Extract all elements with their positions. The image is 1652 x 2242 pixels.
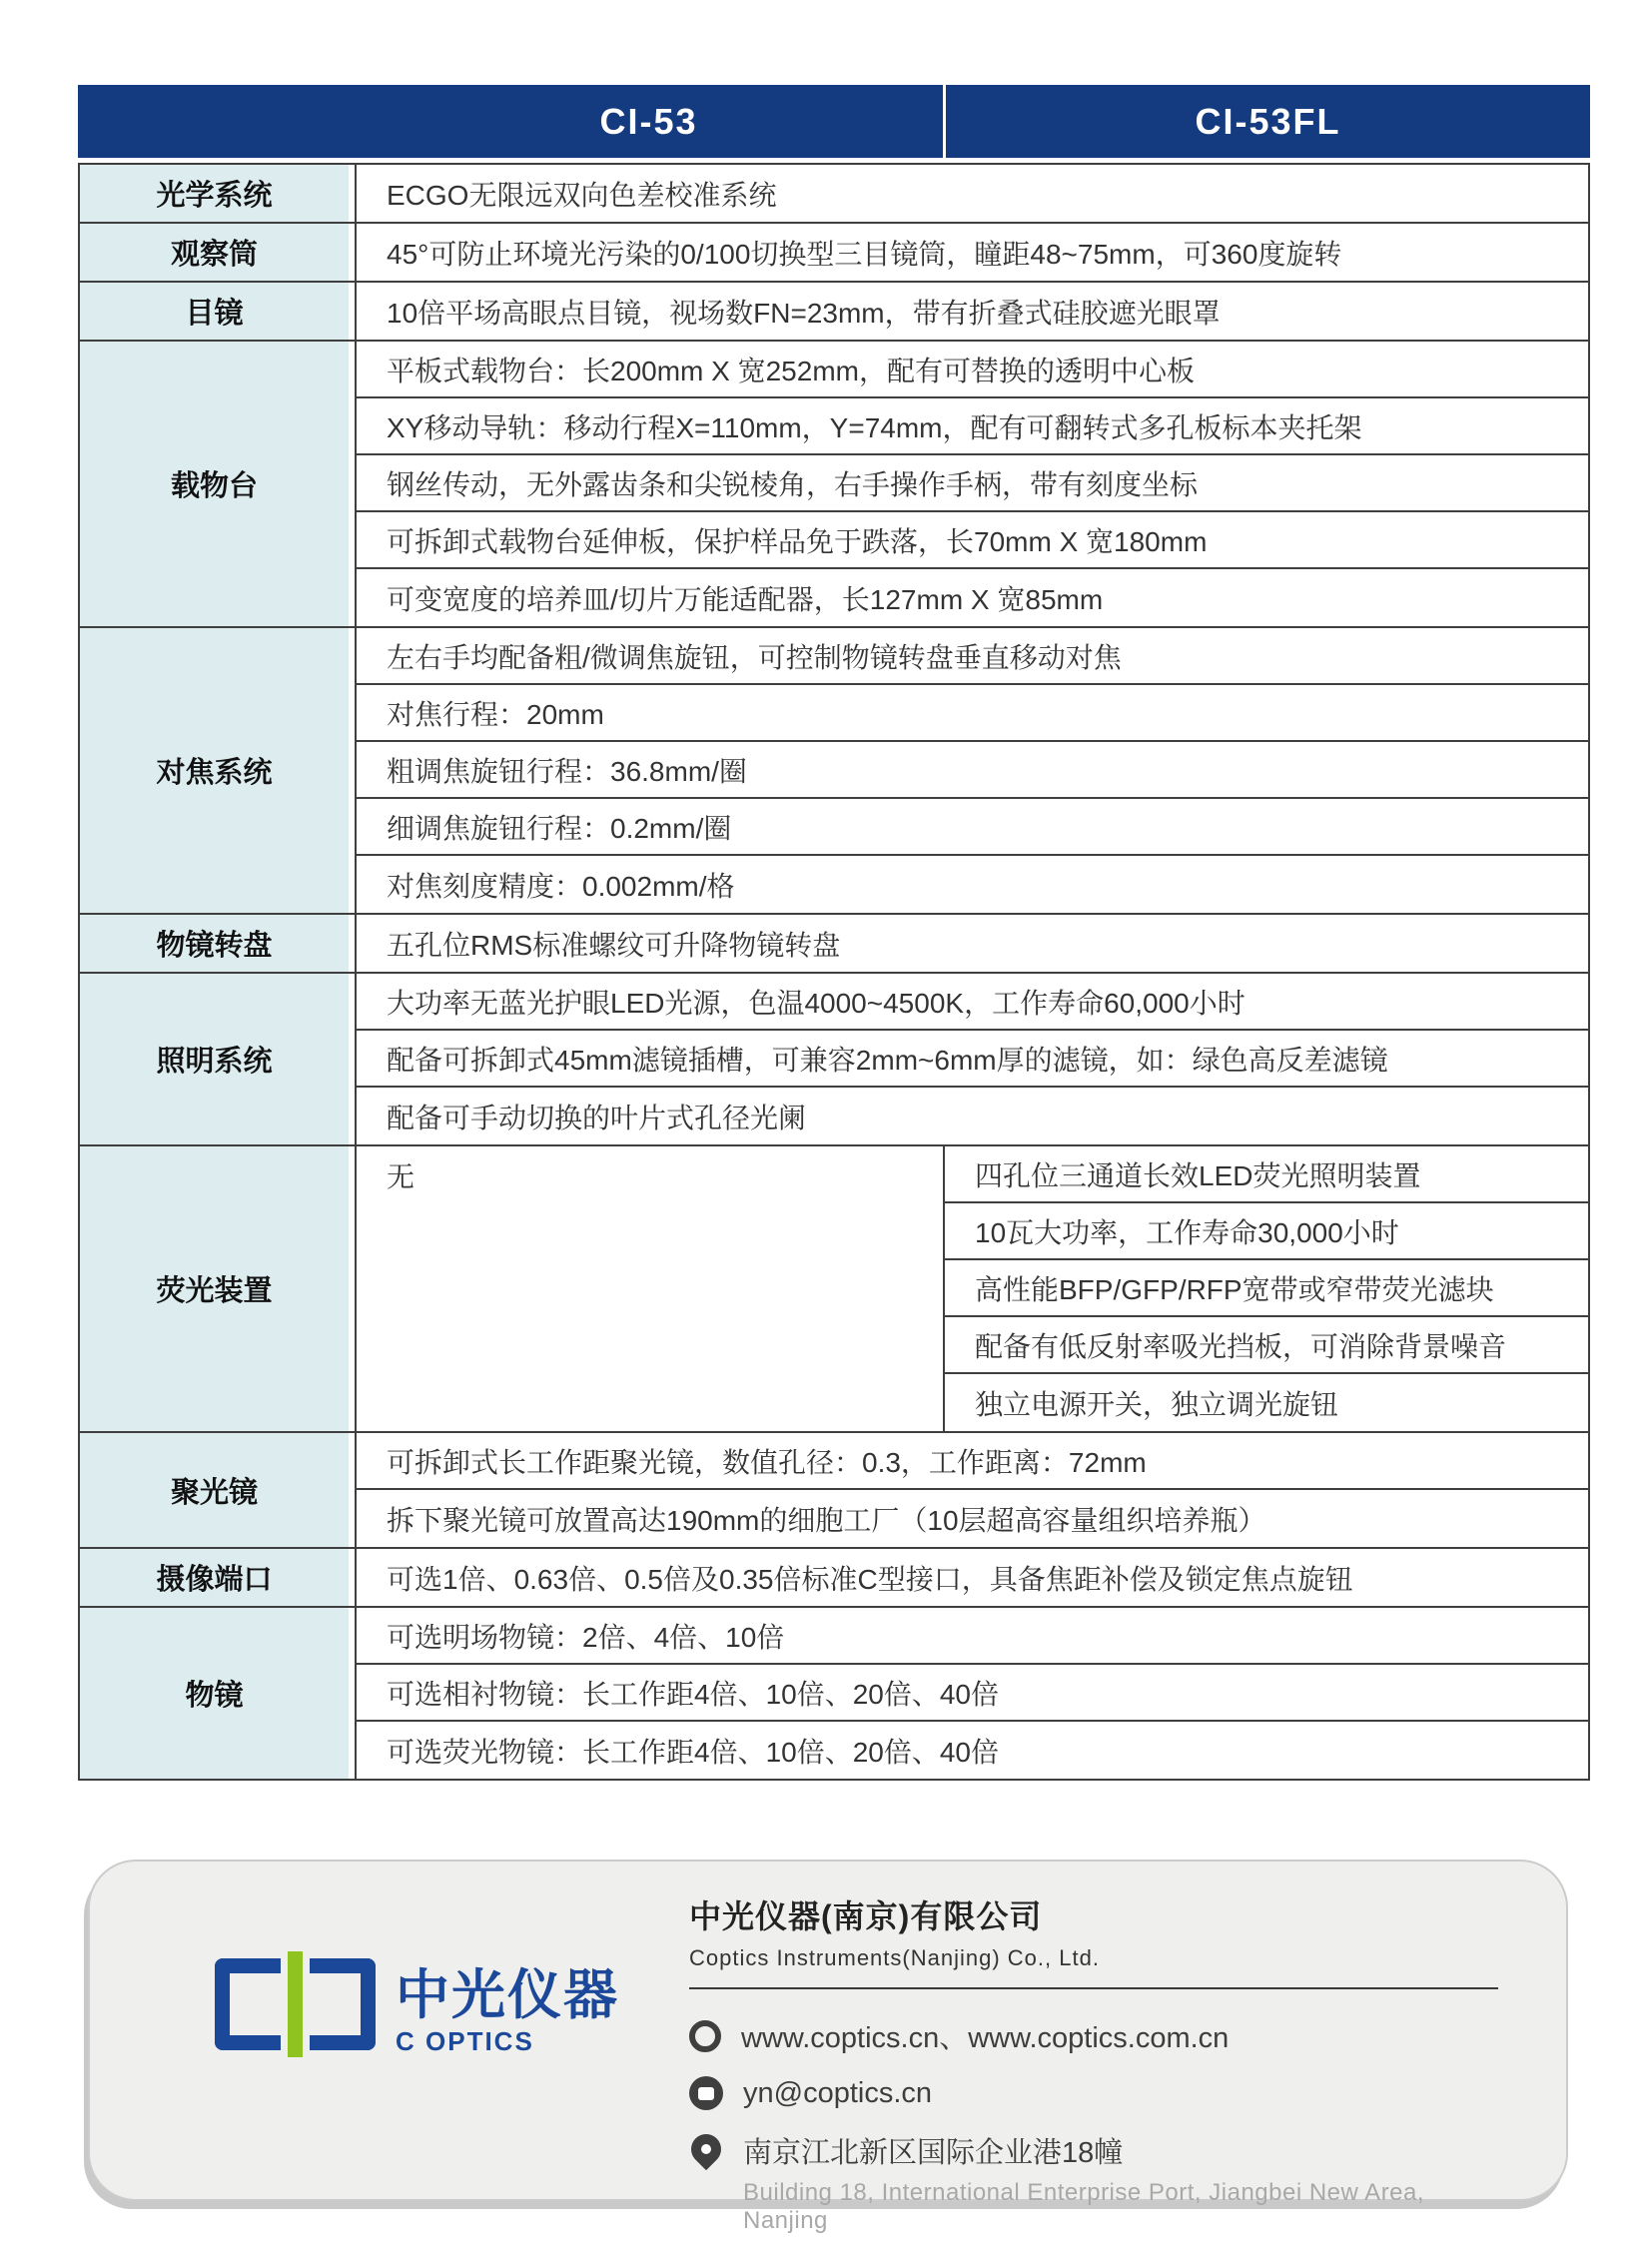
spec-row: 拆下聚光镜可放置高达190mm的细胞工厂（10层超高容量组织培养瓶） <box>357 1490 1588 1547</box>
group-label: 照明系统 <box>80 974 349 1144</box>
spec-row: 配备可手动切换的叶片式孔径光阑 <box>357 1088 1588 1144</box>
website-link[interactable]: www.coptics.cn、www.coptics.com.cn <box>741 2015 1229 2056</box>
spec-row: 钢丝传动，无外露齿条和尖锐棱角，右手操作手柄，带有刻度坐标 <box>357 455 1588 512</box>
company-logo: 中光仪器 C OPTICS <box>215 1951 619 2057</box>
address-cn: 南京江北新区国际企业港18幢 <box>743 2130 1123 2171</box>
logo-text-cn: 中光仪器 <box>396 1968 619 2022</box>
spec-row: XY移动导轨：移动行程X=110mm，Y=74mm，配有可翻转式多孔板标本夹托架 <box>357 398 1588 455</box>
email-link[interactable]: yn@coptics.cn <box>743 2077 932 2110</box>
spec-row: 左右手均配备粗/微调焦旋钮，可控制物镜转盘垂直移动对焦 <box>357 628 1588 685</box>
spec-row: 可拆卸式长工作距聚光镜，数值孔径：0.3，工作距离：72mm <box>357 1433 1588 1490</box>
spec-table: CI-53 CI-53FL 光学系统 ECGO无限远双向色差校准系统 观察筒 4… <box>78 85 1590 1781</box>
group-eyepiece: 目镜 10倍平场高眼点目镜，视场数FN=23mm，带有折叠式硅胶遮光眼罩 <box>80 283 1588 342</box>
spec-row: 45°可防止环境光污染的0/100切换型三目镜筒，瞳距48~75mm，可360度… <box>357 224 1588 281</box>
website-row: www.coptics.cn、www.coptics.com.cn <box>689 2015 1498 2056</box>
group-stage: 载物台 平板式载物台：长200mm X 宽252mm，配有可替换的透明中心板 X… <box>80 342 1588 628</box>
spec-row: 粗调焦旋钮行程：36.8mm/圈 <box>357 742 1588 799</box>
group-fluorescence: 荧光装置 无 四孔位三通道长效LED荧光照明装置 10瓦大功率，工作寿命30,0… <box>80 1146 1588 1433</box>
fluorescence-ci53-cell: 无 <box>357 1146 943 1431</box>
group-objectives: 物镜 可选明场物镜：2倍、4倍、10倍 可选相衬物镜：长工作距4倍、10倍、20… <box>80 1608 1588 1781</box>
company-footer-card: 中光仪器 C OPTICS 中光仪器(南京)有限公司 Coptics Instr… <box>88 1860 1568 2201</box>
group-nosepiece: 物镜转盘 五孔位RMS标准螺纹可升降物镜转盘 <box>80 915 1588 974</box>
spec-row: 五孔位RMS标准螺纹可升降物镜转盘 <box>357 915 1588 972</box>
group-focus-system: 对焦系统 左右手均配备粗/微调焦旋钮，可控制物镜转盘垂直移动对焦 对焦行程：20… <box>80 628 1588 915</box>
spec-row: 可选相衬物镜：长工作距4倍、10倍、20倍、40倍 <box>357 1665 1588 1722</box>
group-label: 摄像端口 <box>80 1549 349 1606</box>
table-body: 光学系统 ECGO无限远双向色差校准系统 观察筒 45°可防止环境光污染的0/1… <box>78 163 1590 1781</box>
group-label: 聚光镜 <box>80 1433 349 1547</box>
spec-row: ECGO无限远双向色差校准系统 <box>357 165 1588 222</box>
logo-right-bracket <box>310 1958 376 2050</box>
header-col-ci53: CI-53 <box>355 85 943 158</box>
group-label: 物镜转盘 <box>80 915 349 972</box>
group-camera-port: 摄像端口 可选1倍、0.63倍、0.5倍及0.35倍标准C型接口，具备焦距补偿及… <box>80 1549 1588 1608</box>
coptics-logo-icon <box>215 1951 376 2057</box>
spec-row: 平板式载物台：长200mm X 宽252mm，配有可替换的透明中心板 <box>357 342 1588 398</box>
spec-row: 细调焦旋钮行程：0.2mm/圈 <box>357 799 1588 856</box>
spec-row: 配备有低反射率吸光挡板，可消除背景噪音 <box>945 1317 1588 1374</box>
spec-row: 可选明场物镜：2倍、4倍、10倍 <box>357 1608 1588 1665</box>
group-optical-system: 光学系统 ECGO无限远双向色差校准系统 <box>80 165 1588 224</box>
spec-row: 独立电源开关，独立调光旋钮 <box>945 1374 1588 1431</box>
logo-text-en: C OPTICS <box>396 2026 619 2057</box>
divider <box>689 1987 1498 1989</box>
spec-row: 四孔位三通道长效LED荧光照明装置 <box>945 1146 1588 1203</box>
spec-row: 10倍平场高眼点目镜，视场数FN=23mm，带有折叠式硅胶遮光眼罩 <box>357 283 1588 340</box>
spec-row: 10瓦大功率，工作寿命30,000小时 <box>945 1203 1588 1260</box>
spec-row: 可变宽度的培养皿/切片万能适配器，长127mm X 宽85mm <box>357 569 1588 626</box>
logo-green-bar <box>288 1951 303 2057</box>
spec-row: 配备可拆卸式45mm滤镜插槽，可兼容2mm~6mm厚的滤镜，如：绿色高反差滤镜 <box>357 1031 1588 1088</box>
header-spacer <box>78 85 355 158</box>
group-illumination: 照明系统 大功率无蓝光护眼LED光源，色温4000~4500K，工作寿命60,0… <box>80 974 1588 1146</box>
header-col-ci53fl: CI-53FL <box>943 85 1590 158</box>
company-name-cn: 中光仪器(南京)有限公司 <box>689 1891 1498 1937</box>
company-name-en: Coptics Instruments(Nanjing) Co., Ltd. <box>689 1945 1498 1971</box>
group-label: 对焦系统 <box>80 628 349 913</box>
spec-row: 可拆卸式载物台延伸板，保护样品免于跌落，长70mm X 宽180mm <box>357 512 1588 569</box>
group-label: 目镜 <box>80 283 349 340</box>
address-row: 南京江北新区国际企业港18幢 <box>689 2130 1498 2171</box>
group-condenser: 聚光镜 可拆卸式长工作距聚光镜，数值孔径：0.3，工作距离：72mm 拆下聚光镜… <box>80 1433 1588 1549</box>
email-icon <box>689 2076 723 2110</box>
group-label: 光学系统 <box>80 165 349 222</box>
group-observation-tube: 观察筒 45°可防止环境光污染的0/100切换型三目镜筒，瞳距48~75mm，可… <box>80 224 1588 283</box>
contact-block: 中光仪器(南京)有限公司 Coptics Instruments(Nanjing… <box>689 1891 1498 2235</box>
spec-row: 大功率无蓝光护眼LED光源，色温4000~4500K，工作寿命60,000小时 <box>357 974 1588 1031</box>
group-label: 荧光装置 <box>80 1146 349 1431</box>
address-en: Building 18, International Enterprise Po… <box>743 2179 1498 2235</box>
group-label: 物镜 <box>80 1608 349 1779</box>
spec-row: 高性能BFP/GFP/RFP宽带或窄带荧光滤块 <box>945 1260 1588 1317</box>
email-row: yn@coptics.cn <box>689 2076 1498 2110</box>
location-pin-icon <box>689 2132 723 2170</box>
logo-left-bracket <box>215 1958 281 2050</box>
spec-row: 对焦行程：20mm <box>357 685 1588 742</box>
group-label: 载物台 <box>80 342 349 626</box>
table-header: CI-53 CI-53FL <box>78 85 1590 158</box>
fluorescence-ci53fl-cell: 四孔位三通道长效LED荧光照明装置 10瓦大功率，工作寿命30,000小时 高性… <box>943 1146 1588 1431</box>
spec-row: 可选1倍、0.63倍、0.5倍及0.35倍标准C型接口，具备焦距补偿及锁定焦点旋… <box>357 1549 1588 1606</box>
spec-row: 无 <box>357 1146 943 1203</box>
spec-row: 对焦刻度精度：0.002mm/格 <box>357 856 1588 913</box>
globe-icon <box>689 2020 721 2052</box>
spec-row: 可选荧光物镜：长工作距4倍、10倍、20倍、40倍 <box>357 1722 1588 1779</box>
group-label: 观察筒 <box>80 224 349 281</box>
